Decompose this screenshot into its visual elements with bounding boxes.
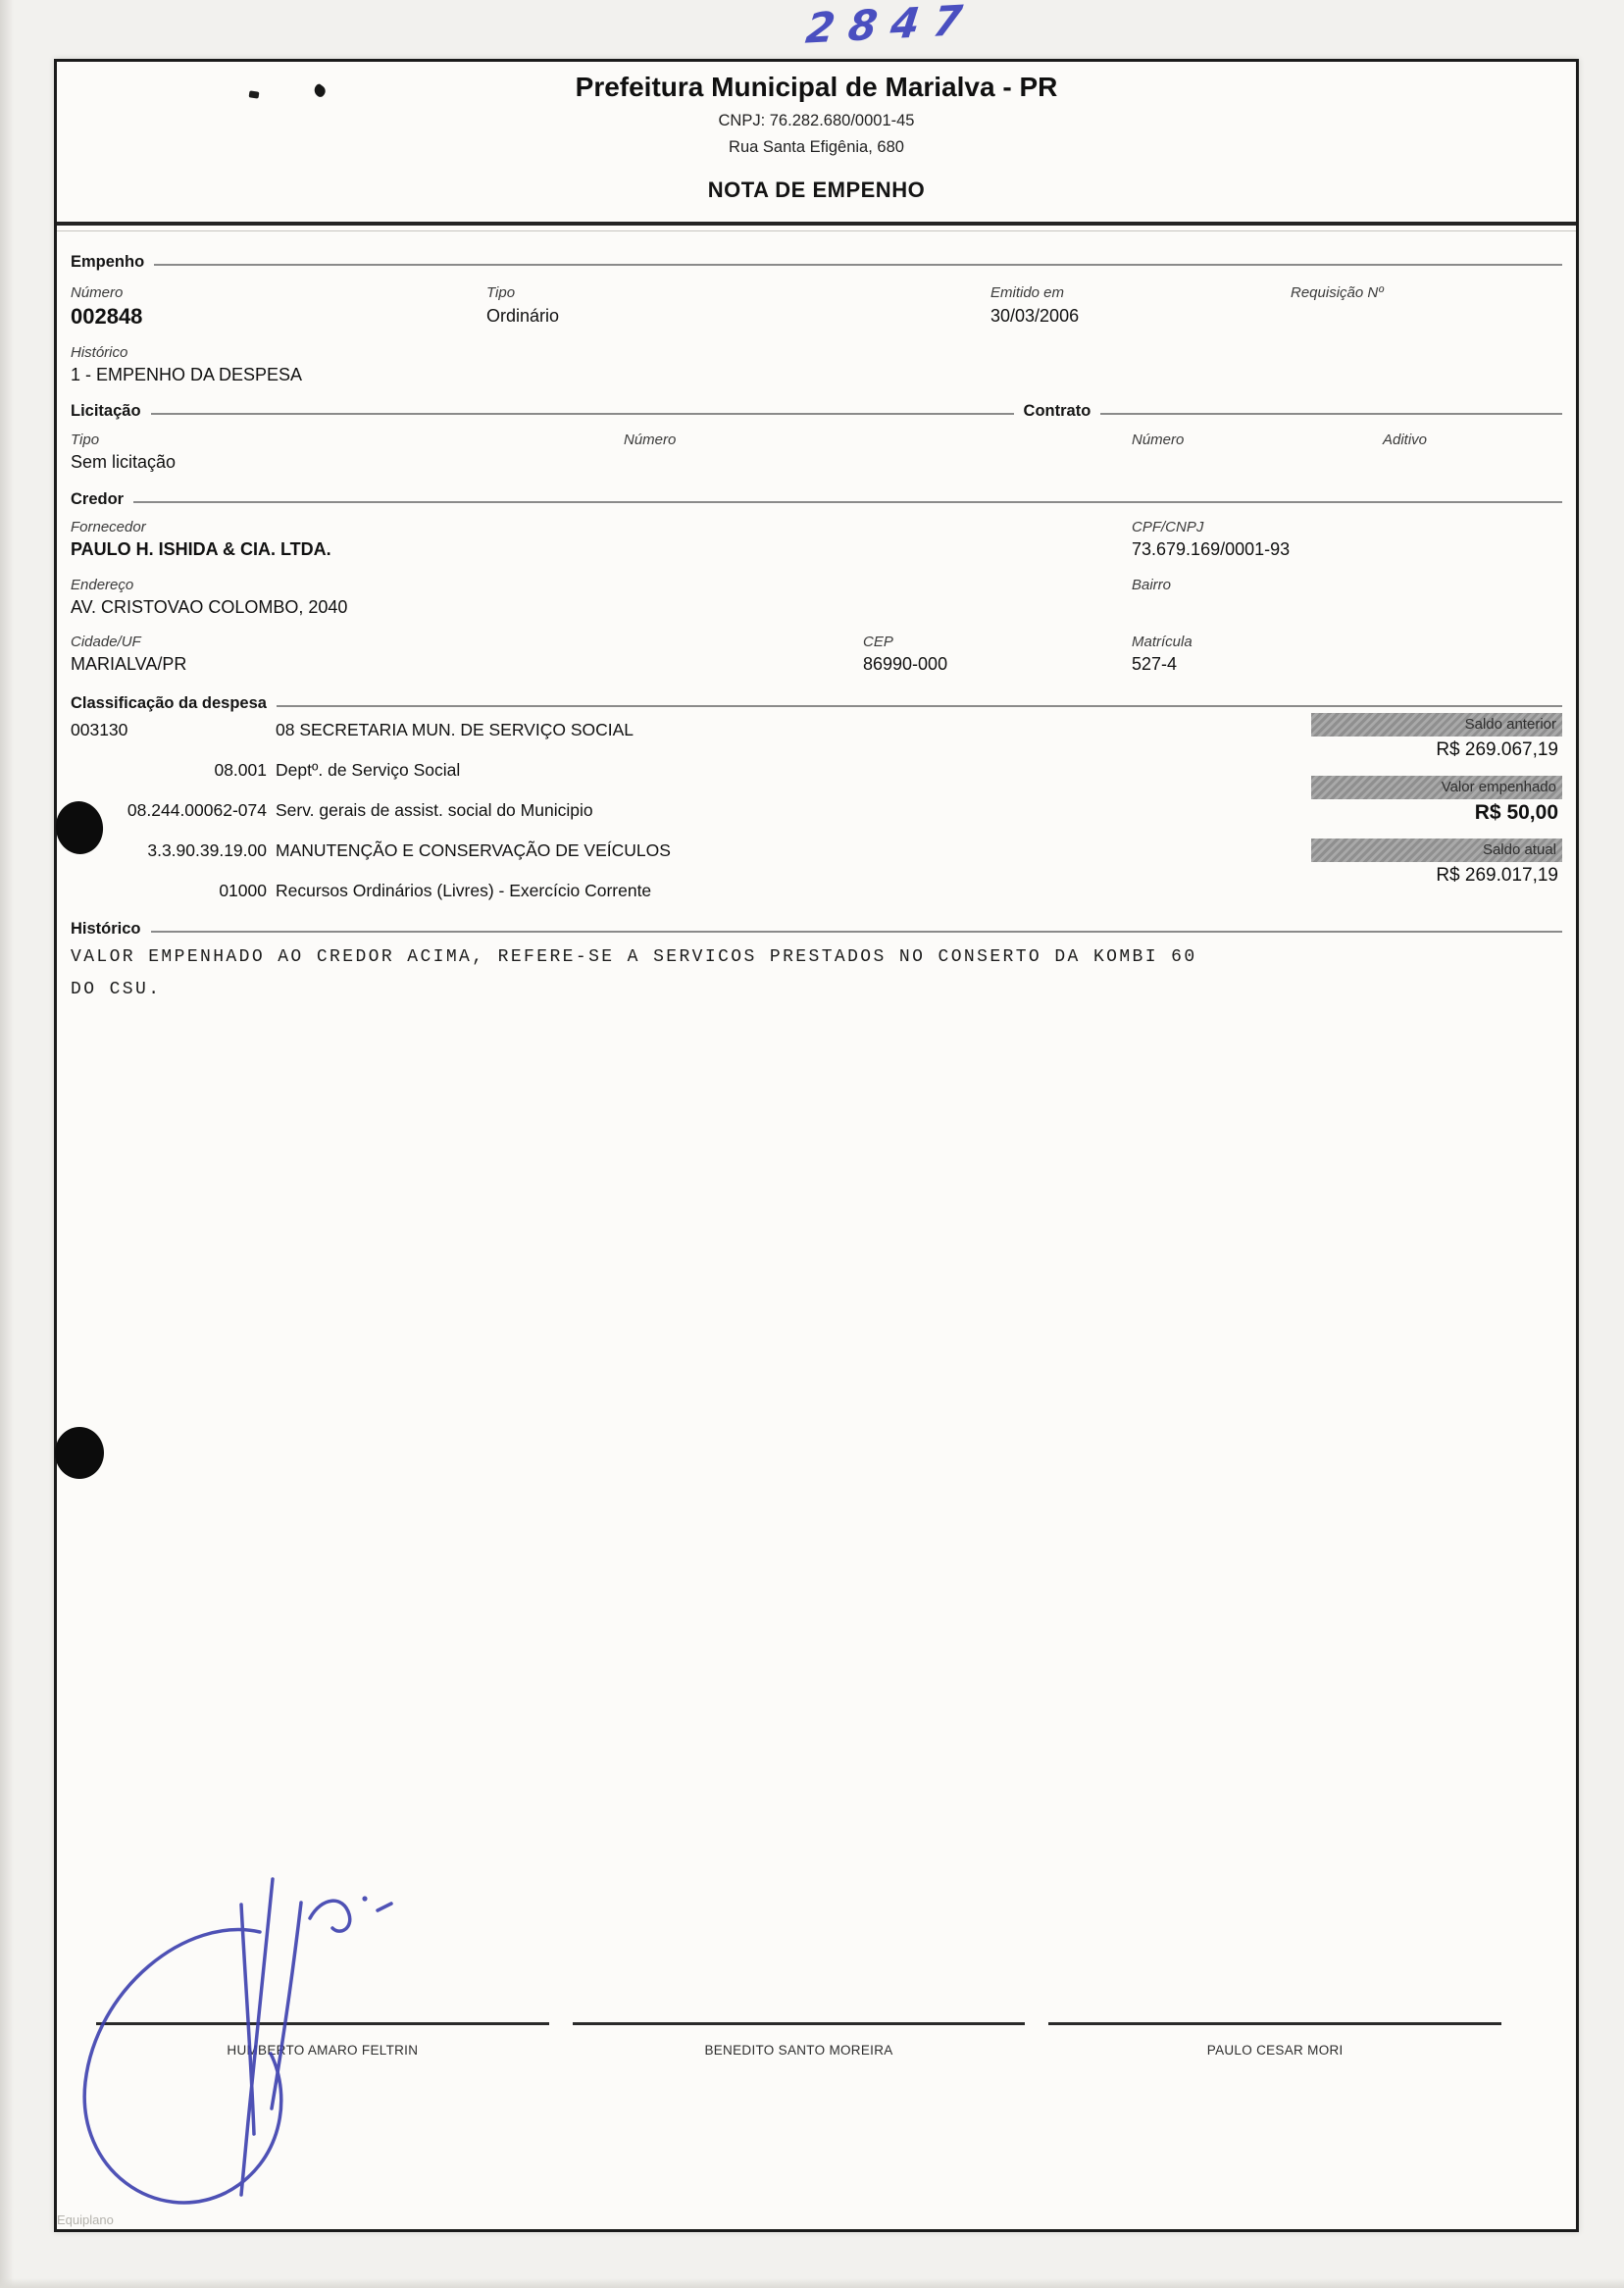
valor-empenhado-label: Valor empenhado [1311,776,1562,799]
signature-block: PAULO CESAR MORI [1048,2022,1501,2058]
saldo-atual-value: R$ 269.017,19 [1311,862,1562,888]
saldo-atual-label: Saldo atual [1311,839,1562,862]
signature-block: BENEDITO SANTO MOREIRA [573,2022,1026,2058]
licitacao-tipo-label: Tipo [71,432,99,448]
signature-line [573,2022,1026,2025]
section-empenho-label: Empenho [71,253,144,272]
classificacao-code: 003130 [71,717,276,742]
saldo-anterior-label: Saldo anterior [1311,713,1562,737]
section-licitacao-label: Licitação [71,402,141,421]
section-credor: Credor [71,490,1562,509]
credor-bairro-label: Bairro [1132,577,1171,593]
classificacao-row: 003130 08 SECRETARIA MUN. DE SERVIÇO SOC… [71,717,1051,742]
municipality-cnpj: CNPJ: 76.282.680/0001-45 [57,112,1576,130]
empenho-historico-label: Histórico [71,344,127,361]
classificacao-row: 08.244.00062-074 Serv. gerais de assist.… [71,797,1051,823]
section-historico: Histórico [71,920,1562,939]
classificacao-row: 3.3.90.39.19.00 MANUTENÇÃO E CONSERVAÇÃO… [71,838,1051,863]
credor-fornecedor-value: PAULO H. ISHIDA & CIA. LTDA. [71,539,331,560]
document-title: NOTA DE EMPENHO [57,178,1576,203]
credor-cep-value: 86990-000 [863,654,947,675]
section-historico-label: Histórico [71,920,141,939]
licitacao-numero-label: Número [624,432,676,448]
signature-name: PAULO CESAR MORI [1048,2043,1501,2058]
municipality-address: Rua Santa Efigênia, 680 [57,138,1576,157]
valor-empenhado-value: R$ 50,00 [1311,799,1562,825]
scan-edge-shadow [0,0,14,2288]
credor-cep-label: CEP [863,634,893,650]
section-licitacao-rule [151,413,1014,415]
section-contrato-rule [1100,413,1562,415]
section-classificacao-label: Classificação da despesa [71,694,267,713]
empenho-tipo-label: Tipo [486,284,515,301]
credor-matricula-label: Matrícula [1132,634,1193,650]
contrato-aditivo-label: Aditivo [1383,432,1427,448]
credor-cidade-label: Cidade/UF [71,634,141,650]
classificacao-desc: MANUTENÇÃO E CONSERVAÇÃO DE VEÍCULOS [276,838,1051,863]
signature-line [1048,2022,1501,2025]
credor-cpfcnpj-value: 73.679.169/0001-93 [1132,539,1290,560]
hole-punch-mark [55,1427,104,1479]
empenho-tipo-value: Ordinário [486,306,559,327]
classificacao-row: 08.001 Deptº. de Serviço Social [71,757,1051,783]
classificacao-desc: Serv. gerais de assist. social do Munici… [276,797,1051,823]
credor-endereco-label: Endereço [71,577,133,593]
section-credor-label: Credor [71,490,124,509]
classificacao-desc: 08 SECRETARIA MUN. DE SERVIÇO SOCIAL [276,717,1051,742]
signature-name: BENEDITO SANTO MOREIRA [573,2043,1026,2058]
classificacao-desc: Deptº. de Serviço Social [276,757,1051,783]
handwritten-signature [59,1861,431,2220]
empenho-requisicao-label: Requisição Nº [1291,284,1384,301]
section-empenho: Empenho [71,253,1562,272]
empenho-emitido-label: Emitido em [990,284,1064,301]
classificacao-code: 3.3.90.39.19.00 [71,838,276,863]
classificacao-desc: Recursos Ordinários (Livres) - Exercício… [276,878,1051,903]
section-classificacao-rule [277,705,1562,707]
historico-text-line1: VALOR EMPENHADO AO CREDOR ACIMA, REFERE-… [71,947,1197,967]
section-classificacao: Classificação da despesa [71,694,1562,713]
section-credor-rule [133,501,1562,503]
empenho-numero-value: 002848 [71,304,142,330]
saldo-column: Saldo anterior R$ 269.067,19 Valor empen… [1311,713,1562,901]
credor-cidade-value: MARIALVA/PR [71,654,186,675]
credor-cpfcnpj-label: CPF/CNPJ [1132,519,1203,535]
classificacao-code: 08.001 [71,757,276,783]
section-empenho-rule [154,264,1562,266]
licitacao-tipo-value: Sem licitação [71,452,176,473]
scan-bottom-shadow [0,2278,1624,2288]
section-contrato-label: Contrato [1024,402,1091,421]
section-licitacao-contrato: Licitação Contrato [71,402,1562,421]
classificacao-rows: 003130 08 SECRETARIA MUN. DE SERVIÇO SOC… [71,717,1051,918]
credor-fornecedor-label: Fornecedor [71,519,146,535]
classificacao-row: 01000 Recursos Ordinários (Livres) - Exe… [71,878,1051,903]
saldo-anterior-value: R$ 269.067,19 [1311,737,1562,762]
empenho-numero-label: Número [71,284,123,301]
handwritten-document-number: 2847 [803,0,979,53]
historico-text-line2: DO CSU. [71,980,161,999]
municipality-title: Prefeitura Municipal de Marialva - PR [57,72,1576,103]
header-divider [57,222,1576,231]
credor-endereco-value: AV. CRISTOVAO COLOMBO, 2040 [71,597,347,618]
contrato-numero-label: Número [1132,432,1184,448]
empenho-emitido-value: 30/03/2006 [990,306,1079,327]
credor-matricula-value: 527-4 [1132,654,1177,675]
empenho-historico-value: 1 - EMPENHO DA DESPESA [71,365,302,385]
section-historico-rule [151,931,1562,933]
classificacao-code: 01000 [71,878,276,903]
